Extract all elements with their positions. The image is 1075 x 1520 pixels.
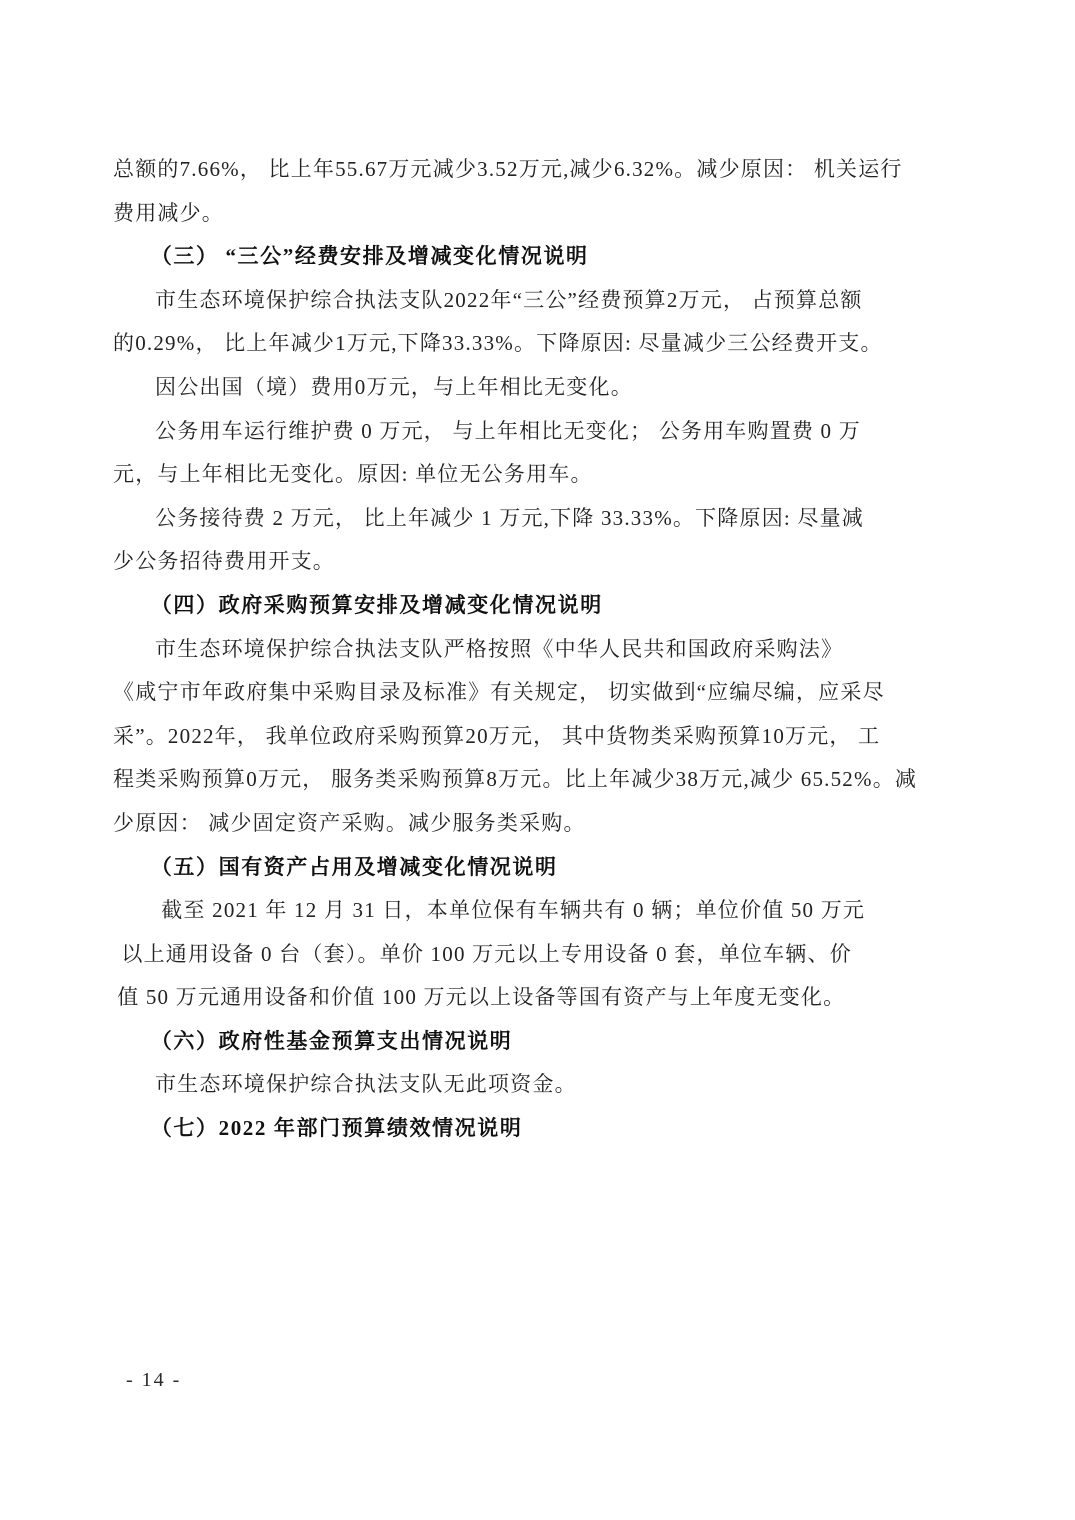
section-heading: （七）2022 年部门预算绩效情况说明: [113, 1107, 965, 1151]
document-line: 少公务招待费用开支。: [113, 540, 965, 584]
section-heading: （三） “三公”经费安排及增减变化情况说明: [113, 235, 965, 279]
document-body: 总额的7.66%， 比上年55.67万元减少3.52万元,减少6.32%。减少原…: [113, 148, 965, 1151]
document-line: 市生态环境保护综合执法支队2022年“三公”经费预算2万元， 占预算总额: [113, 279, 965, 323]
document-line: 费用减少。: [113, 192, 965, 236]
document-line: 少原因： 减少固定资产采购。减少服务类采购。: [113, 802, 965, 846]
document-line: 程类采购预算0万元， 服务类采购预算8万元。比上年减少38万元,减少 65.52…: [113, 758, 965, 802]
document-line: 《咸宁市年政府集中采购目录及标准》有关规定， 切实做到“应编尽编，应采尽: [113, 671, 965, 715]
section-heading: （六）政府性基金预算支出情况说明: [113, 1020, 965, 1064]
document-line: 公务用车运行维护费 0 万元， 与上年相比无变化； 公务用车购置费 0 万: [113, 410, 965, 454]
page-number: - 14 -: [126, 1366, 181, 1394]
document-line: 公务接待费 2 万元， 比上年减少 1 万元,下降 33.33%。下降原因: 尽…: [113, 497, 965, 541]
document-line: 值 50 万元通用设备和价值 100 万元以上设备等国有资产与上年度无变化。: [113, 976, 965, 1020]
document-line: 的0.29%， 比上年减少1万元,下降33.33%。下降原因: 尽量减少三公经费…: [113, 322, 965, 366]
document-line: 以上通用设备 0 台（套）。单价 100 万元以上专用设备 0 套，单位车辆、价: [113, 933, 965, 977]
section-heading: （四）政府采购预算安排及增减变化情况说明: [113, 584, 965, 628]
document-page: 总额的7.66%， 比上年55.67万元减少3.52万元,减少6.32%。减少原…: [0, 0, 1075, 1520]
document-line: 市生态环境保护综合执法支队无此项资金。: [113, 1063, 965, 1107]
section-heading: （五）国有资产占用及增减变化情况说明: [113, 846, 965, 890]
document-line: 截至 2021 年 12 月 31 日，本单位保有车辆共有 0 辆；单位价值 5…: [113, 889, 965, 933]
document-line: 总额的7.66%， 比上年55.67万元减少3.52万元,减少6.32%。减少原…: [113, 148, 965, 192]
document-line: 采”。2022年， 我单位政府采购预算20万元， 其中货物类采购预算10万元， …: [113, 715, 965, 759]
document-line: 市生态环境保护综合执法支队严格按照《中华人民共和国政府采购法》: [113, 628, 965, 672]
document-line: 元，与上年相比无变化。原因: 单位无公务用车。: [113, 453, 965, 497]
document-line: 因公出国（境）费用0万元，与上年相比无变化。: [113, 366, 965, 410]
